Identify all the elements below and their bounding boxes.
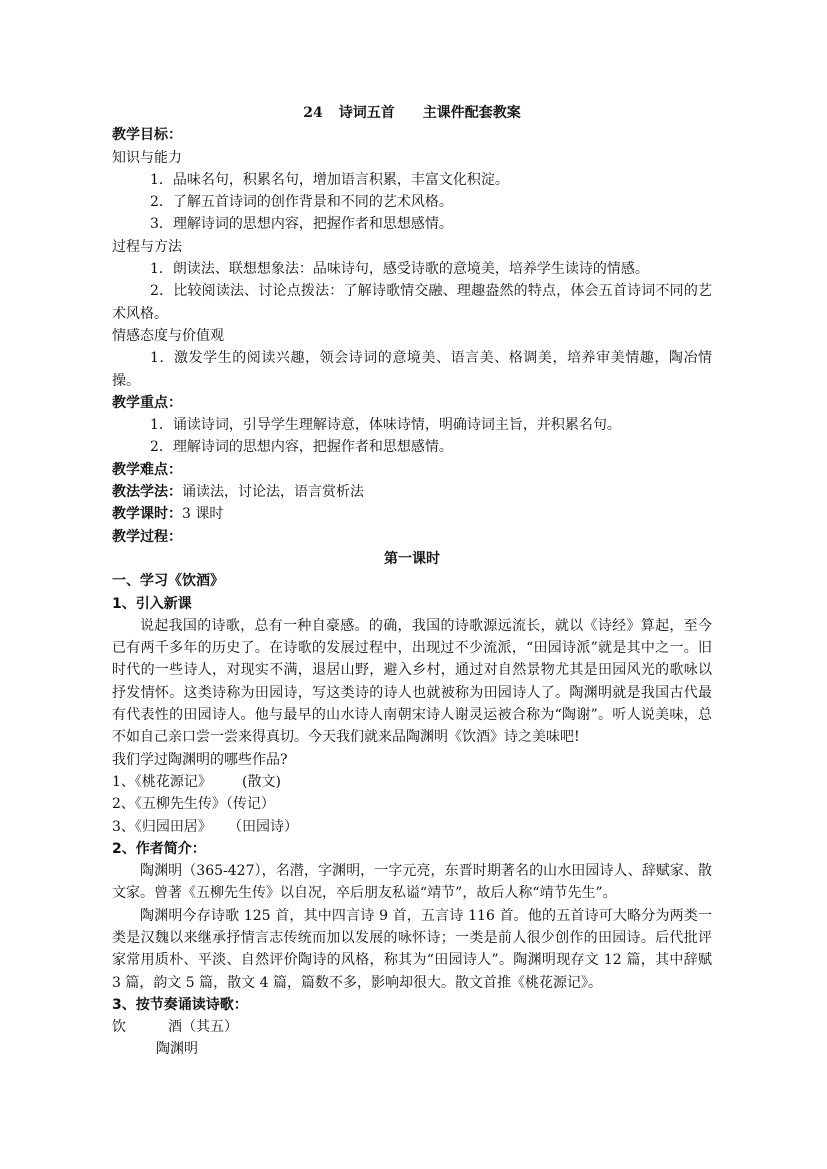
- key-point-item: 1．诵读诗词，引导学生理解诗意，体味诗情，明确诗词主旨，并积累名句。: [112, 414, 712, 436]
- knowledge-item: 2．了解五首诗词的创作背景和不同的艺术风格。: [112, 191, 712, 213]
- document-title: 24诗词五首主课件配套教案: [112, 102, 712, 124]
- intro-heading: 1、引入新课: [112, 593, 712, 615]
- goals-heading: 教学目标：: [112, 124, 712, 146]
- process-item: 2．比较阅读法、讨论点拨法：了解诗歌情交融、理趣盎然的特点，体会五首诗词不同的艺…: [112, 280, 712, 325]
- works-question: 我们学过陶渊明的哪些作品?: [112, 749, 712, 771]
- key-point-item: 2．理解诗词的思想内容，把握作者和思想感情。: [112, 436, 712, 458]
- hours-row: 教学课时：3 课时: [112, 503, 712, 525]
- methods-row: 教法学法：诵读法，讨论法，语言赏析法: [112, 481, 712, 503]
- work-item: 3、《归园田居》（田园诗）: [112, 816, 712, 838]
- lesson1-heading: 第一课时: [112, 548, 712, 570]
- lesson-number: 24: [303, 105, 322, 121]
- emotion-item: 1．激发学生的阅读兴趣，领会诗词的意境美、语言美、格调美，培养审美情趣，陶冶情操…: [112, 347, 712, 392]
- author-paragraph: 陶渊明（365-427），名潜，字渊明，一字元亮，东晋时期著名的山水田园诗人、辞…: [112, 860, 712, 905]
- author-heading: 2、作者简介：: [112, 838, 712, 860]
- work-item: 2、《五柳先生传》（传记）: [112, 793, 712, 815]
- emotion-label: 情感态度与价值观: [112, 325, 712, 347]
- process-item: 1．朗读法、联想想象法：品味诗句，感受诗歌的意境美，培养学生读诗的情感。: [112, 258, 712, 280]
- knowledge-item: 1．品味名句，积累名句，增加语言积累，丰富文化积淀。: [112, 169, 712, 191]
- lesson-subtitle: 主课件配套教案: [423, 105, 521, 121]
- key-points-heading: 教学重点：: [112, 392, 712, 414]
- difficulties-heading: 教学难点：: [112, 459, 712, 481]
- process-heading: 教学过程：: [112, 526, 712, 548]
- document-page: 24诗词五首主课件配套教案 教学目标： 知识与能力 1．品味名句，积累名句，增加…: [112, 102, 712, 1061]
- work-item: 1、《桃花源记》(散文): [112, 771, 712, 793]
- methods-heading: 教法学法：: [112, 484, 182, 500]
- lesson-name: 诗词五首: [339, 105, 395, 121]
- hours-heading: 教学课时：: [112, 506, 182, 522]
- process-label: 过程与方法: [112, 236, 712, 258]
- knowledge-item: 3．理解诗词的思想内容，把握作者和思想感情。: [112, 213, 712, 235]
- author-paragraph: 陶渊明今存诗歌 125 首，其中四言诗 9 首，五言诗 116 首。他的五首诗可…: [112, 905, 712, 994]
- intro-paragraph: 说起我国的诗歌，总有一种自豪感。的确，我国的诗歌源远流长，就以《诗经》算起，至今…: [112, 615, 712, 749]
- recite-heading: 3、按节奏诵读诗歌：: [112, 994, 712, 1016]
- knowledge-label: 知识与能力: [112, 147, 712, 169]
- poem-title: 饮酒（其五）: [112, 1016, 712, 1038]
- poem-author: 陶渊明: [112, 1038, 712, 1060]
- hours-value: 3 课时: [182, 506, 223, 522]
- methods-value: 诵读法，讨论法，语言赏析法: [182, 484, 364, 500]
- part1-heading: 一、学习《饮酒》: [112, 570, 712, 592]
